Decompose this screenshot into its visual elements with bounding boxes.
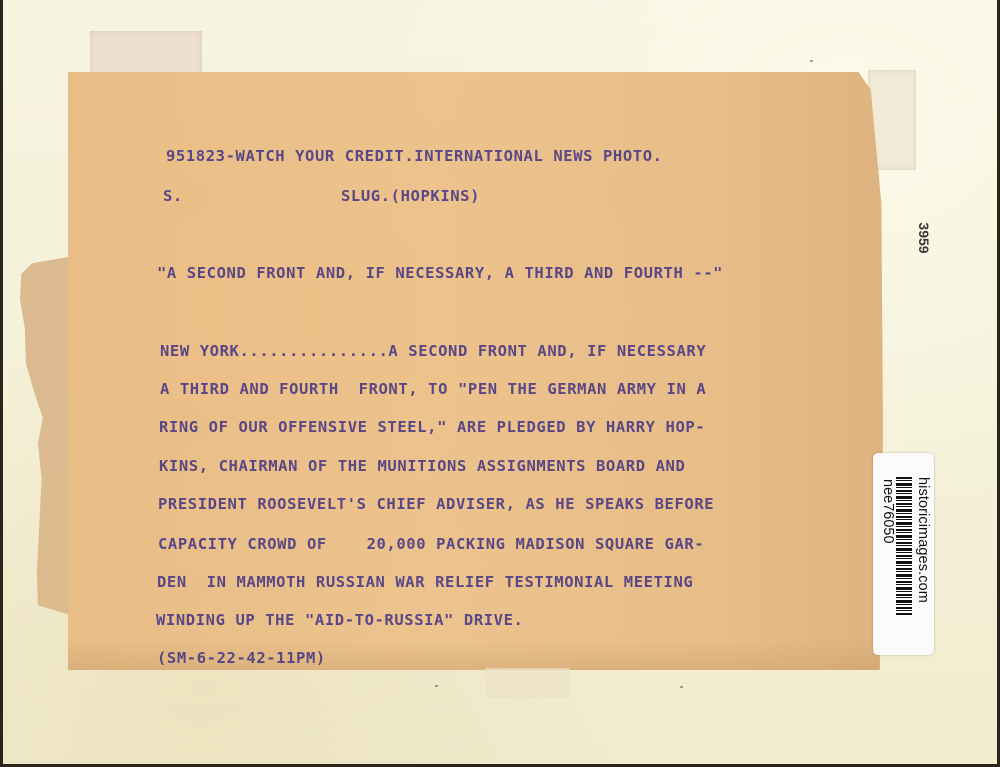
header-line-credit: 951823-WATCH YOUR CREDIT.INTERNATIONAL N… <box>166 147 663 165</box>
barcode-icon <box>896 477 912 615</box>
paper-speck <box>680 686 683 688</box>
margin-inventory-number: 3959 <box>912 216 932 260</box>
body-line: RING OF OUR OFFENSIVE STEEL," ARE PLEDGE… <box>159 418 705 436</box>
body-line: DEN IN MAMMOTH RUSSIAN WAR RELIEF TESTIM… <box>157 573 693 591</box>
body-line: KINS, CHAIRMAN OF THE MUNITIONS ASSIGNME… <box>159 457 685 475</box>
body-line: CAPACITY CROWD OF 20,000 PACKING MADISON… <box>158 535 704 553</box>
body-line: PRESIDENT ROOSEVELT'S CHIEF ADVISER, AS … <box>158 495 714 513</box>
label-domain-text: historicimages.com <box>915 477 931 603</box>
body-line: A THIRD AND FOURTH FRONT, TO "PEN THE GE… <box>160 380 706 398</box>
caption-headline: "A SECOND FRONT AND, IF NECESSARY, A THI… <box>157 264 723 282</box>
label-item-code: nee76050 <box>880 479 896 544</box>
tape-piece-bottom <box>485 668 570 698</box>
archive-barcode-label: historicimages.com nee76050 <box>873 453 934 655</box>
paper-speck <box>435 685 438 687</box>
header-line-s: S. <box>163 187 183 205</box>
body-line: NEW YORK...............A SECOND FRONT AN… <box>160 342 706 360</box>
body-line: WINDING UP THE "AID-TO-RUSSIA" DRIVE. <box>156 611 523 629</box>
caption-dateline: (SM-6-22-42-11PM) <box>157 649 326 667</box>
header-slug: SLUG.(HOPKINS) <box>341 187 480 205</box>
paper-speck <box>810 60 813 62</box>
